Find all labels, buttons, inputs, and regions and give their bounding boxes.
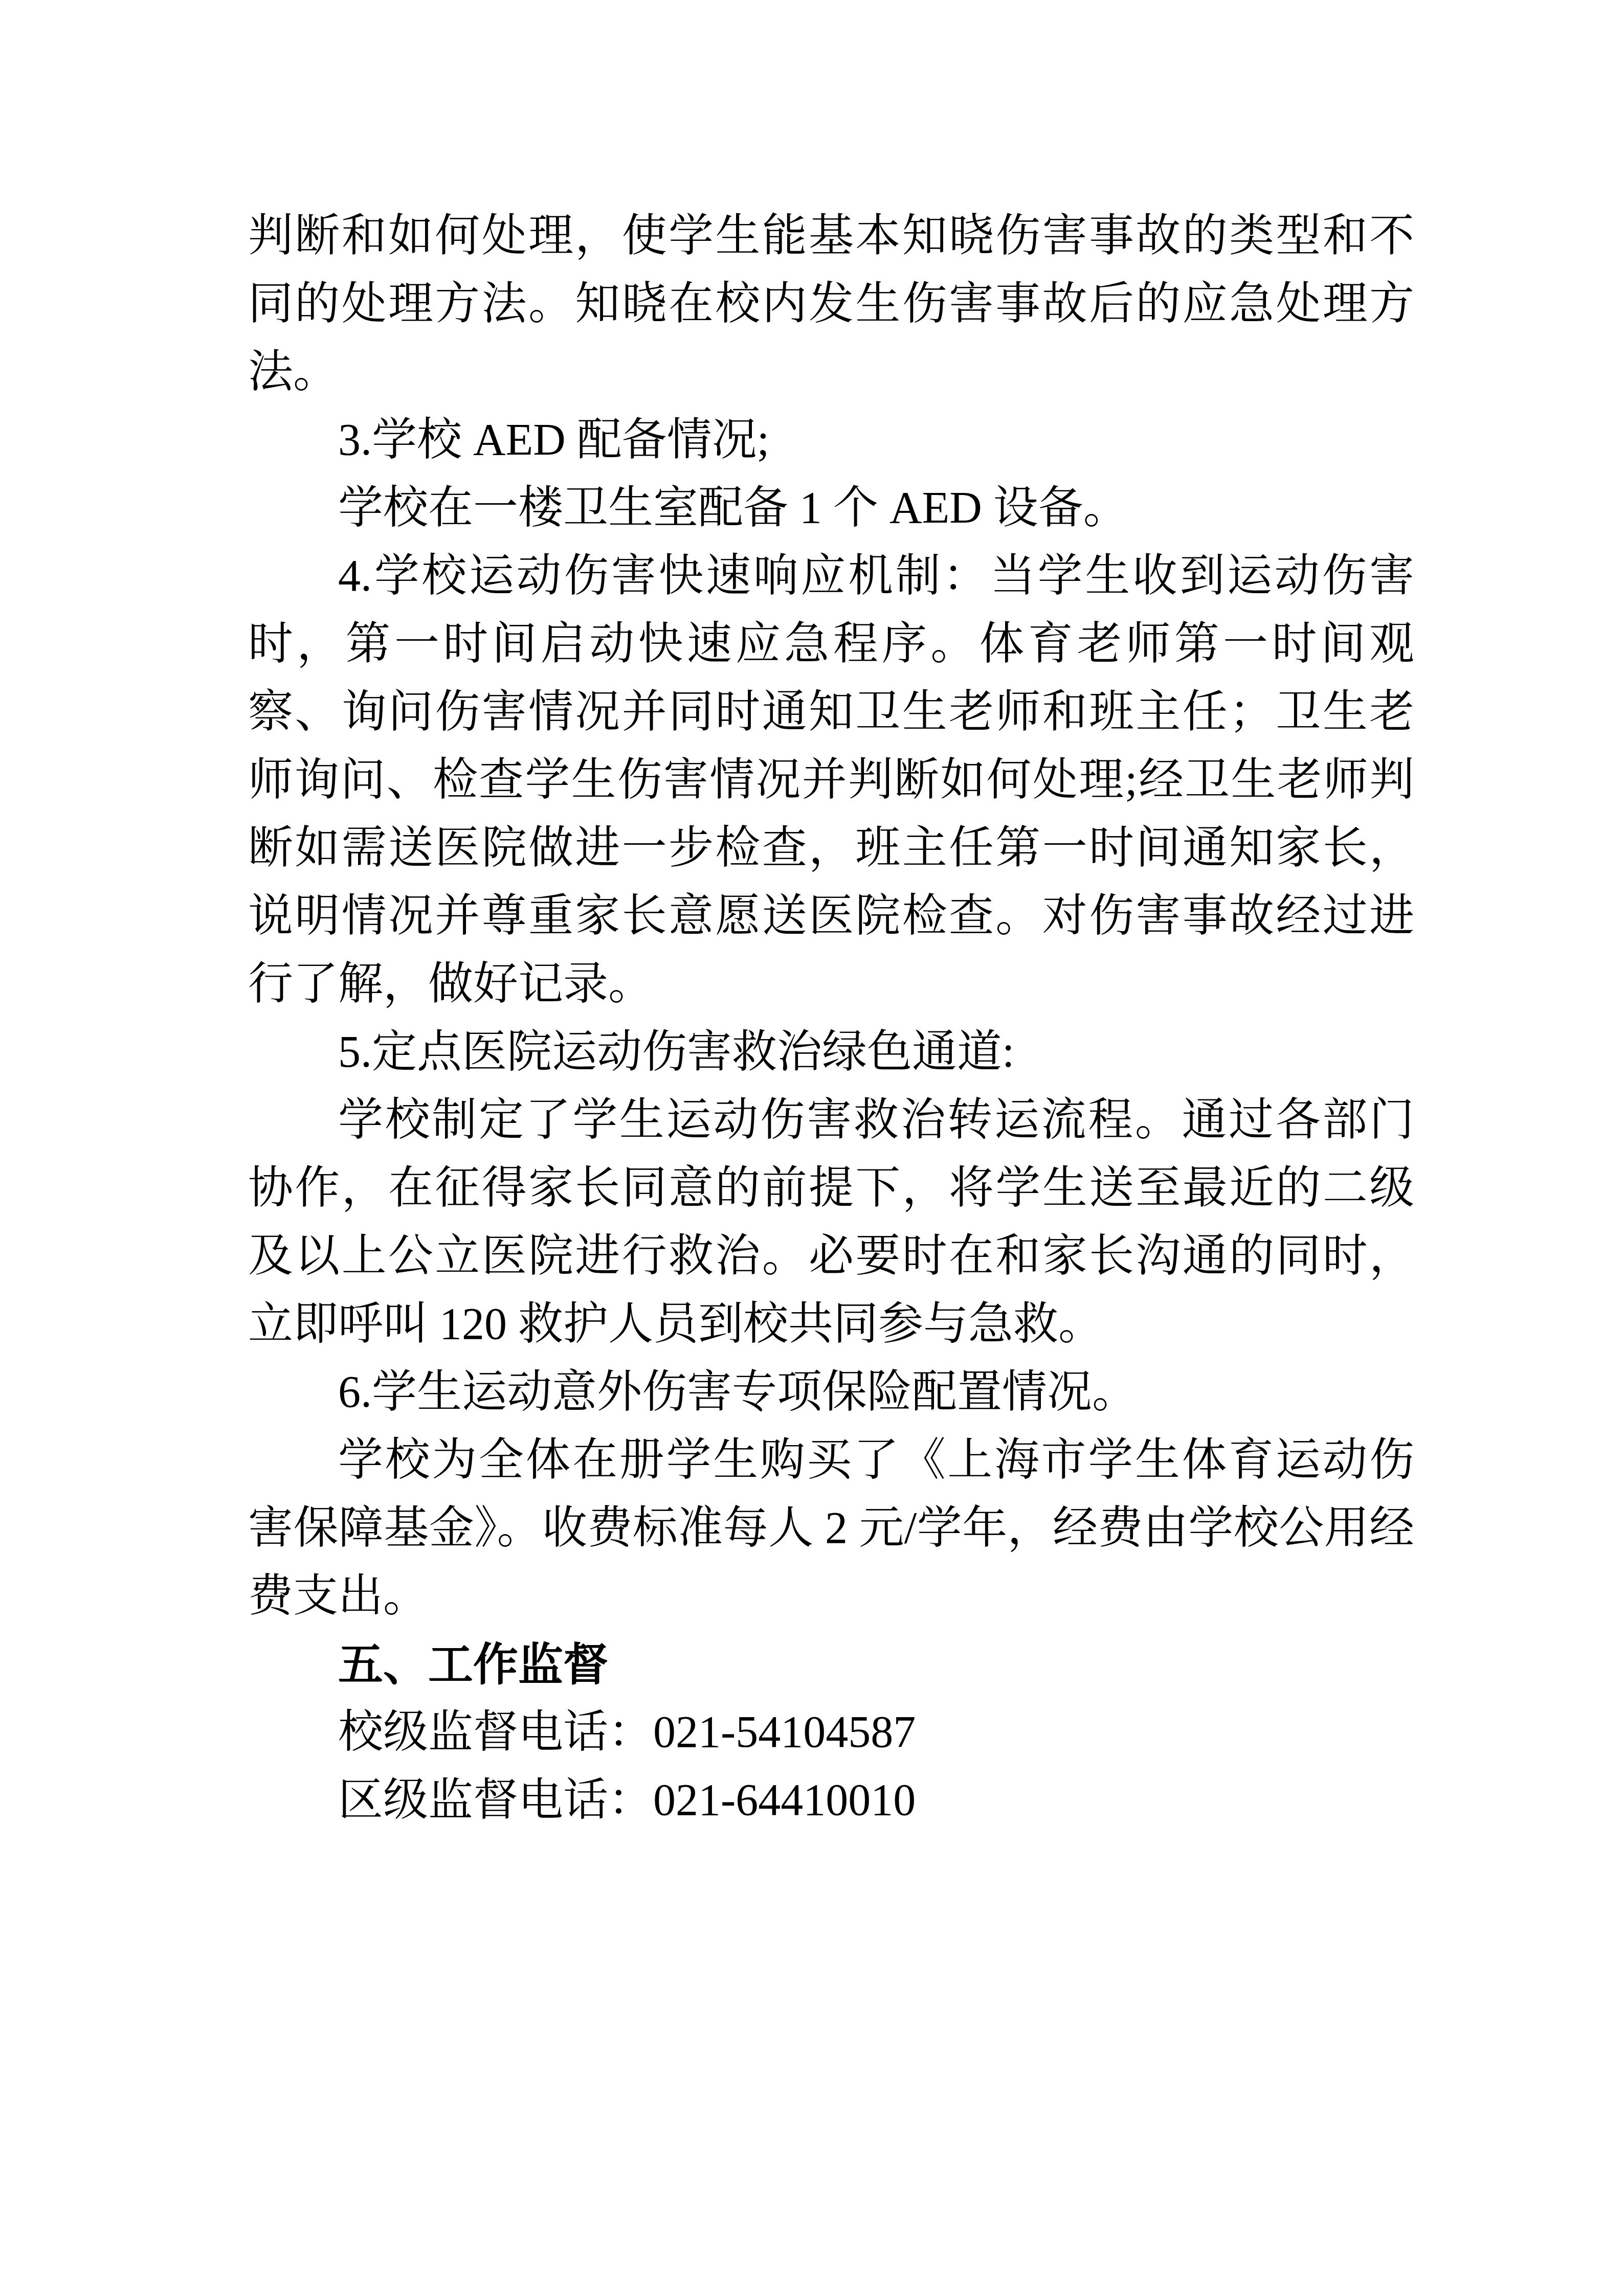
paragraph-transfer-procedure: 学校制定了学生运动伤害救治转运流程。通过各部门协作，在征得家长同意的前提下，将学… (248, 1086, 1414, 1358)
item-3-aed-availability-heading: 3.学校 AED 配备情况; (248, 406, 1414, 474)
document-body: 判断和如何处理，使学生能基本知晓伤害事故的类型和不同的处理方法。知晓在校内发生伤… (248, 202, 1414, 1834)
item-4-rapid-response-mechanism: 4.学校运动伤害快速响应机制：当学生收到运动伤害时，第一时间启动快速应急程序。体… (248, 542, 1414, 1018)
document-page: 判断和如何处理，使学生能基本知晓伤害事故的类型和不同的处理方法。知晓在校内发生伤… (0, 0, 1624, 2296)
paragraph-injury-handling-continuation: 判断和如何处理，使学生能基本知晓伤害事故的类型和不同的处理方法。知晓在校内发生伤… (248, 202, 1414, 406)
paragraph-insurance-fund-details: 学校为全体在册学生购买了《上海市学生体育运动伤害保障基金》。收费标准每人 2 元… (248, 1426, 1414, 1630)
document-page-background: { "page": { "background_color": "#ffffff… (0, 0, 1624, 2296)
section-heading-work-supervision: 五、工作监督 (248, 1630, 1414, 1698)
item-6-insurance-heading: 6.学生运动意外伤害专项保险配置情况。 (248, 1358, 1414, 1426)
item-5-hospital-green-channel-heading: 5.定点医院运动伤害救治绿色通道: (248, 1018, 1414, 1086)
paragraph-aed-location: 学校在一楼卫生室配备 1 个 AED 设备。 (248, 474, 1414, 542)
district-supervision-phone-line: 区级监督电话：021-64410010 (248, 1766, 1414, 1834)
school-supervision-phone-line: 校级监督电话：021-54104587 (248, 1698, 1414, 1766)
